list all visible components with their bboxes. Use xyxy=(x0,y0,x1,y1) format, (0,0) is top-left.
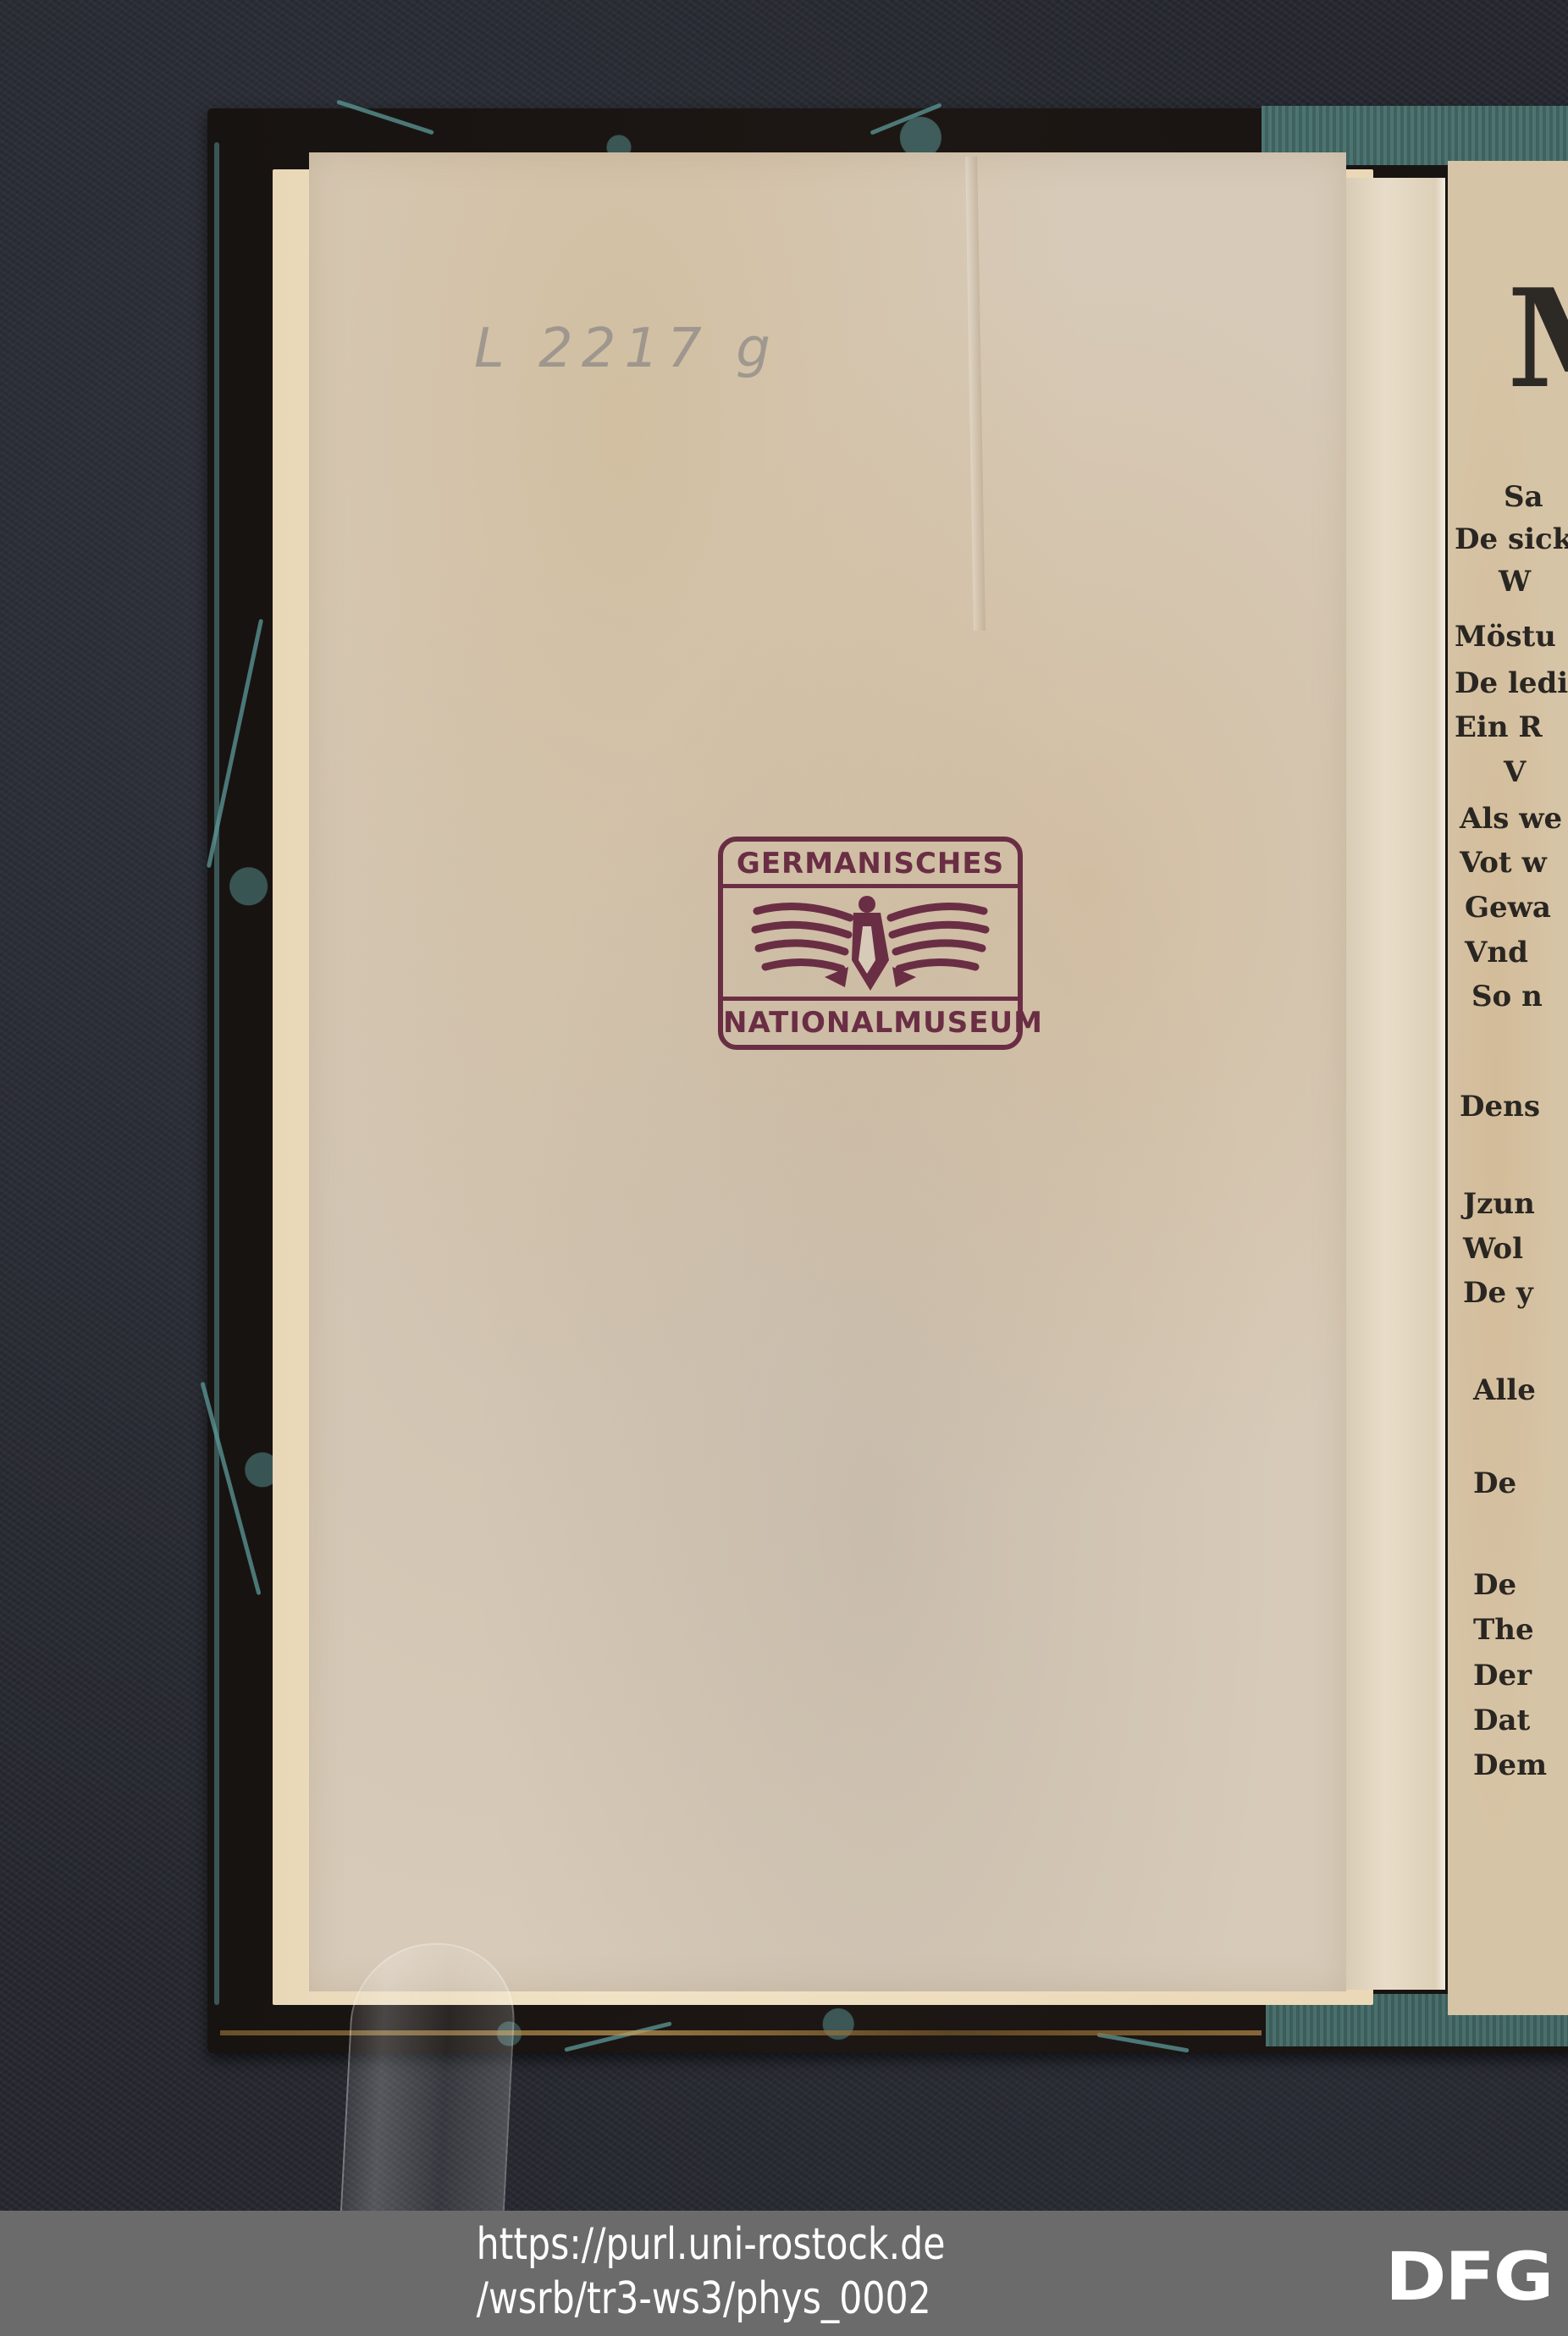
text-line: Vnd xyxy=(1465,938,1528,967)
marbling-vein xyxy=(214,142,219,2005)
pencil-shelfmark: L 2217 g xyxy=(474,318,779,380)
text-line: Jzun xyxy=(1463,1190,1535,1218)
text-line: Vot w xyxy=(1460,848,1547,877)
eagle-icon xyxy=(740,892,1001,994)
text-line: Der xyxy=(1473,1661,1532,1690)
marbling-vein xyxy=(1096,2032,1189,2052)
text-line: Möstu xyxy=(1455,622,1556,651)
text-line: Dens xyxy=(1460,1092,1540,1121)
text-line: Alle xyxy=(1473,1376,1536,1405)
marbling-vein xyxy=(200,1382,261,1595)
permalink-line-1: https://purl.uni-rostock.de xyxy=(477,2217,921,2272)
flyleaf-page xyxy=(309,152,1346,1991)
marbling-vein xyxy=(870,102,941,135)
decorated-initial: M xyxy=(1507,271,1568,406)
gutter-stub xyxy=(1346,178,1445,1990)
stamp-top-text: GERMANISCHES xyxy=(723,847,1018,881)
text-line: W xyxy=(1499,567,1531,596)
text-line: Dem xyxy=(1473,1751,1547,1780)
stamp-rule xyxy=(723,997,1018,1001)
ownership-stamp: GERMANISCHES NATIONALMUSEUM xyxy=(718,837,1023,1050)
text-line: Wol xyxy=(1463,1234,1523,1263)
text-line: Als we xyxy=(1460,804,1562,833)
text-line: De y xyxy=(1463,1278,1533,1307)
facing-text-page: M SaDe sick vWMöstuDe lediEin RVAls weVo… xyxy=(1448,161,1568,2015)
permalink-line-2: /wsrb/tr3-ws3/phys_0002 xyxy=(477,2272,921,2326)
text-line: De sick v xyxy=(1455,525,1568,554)
text-line: So n xyxy=(1471,982,1543,1011)
marbling-vein xyxy=(564,2021,671,2052)
stamp-rule xyxy=(723,884,1018,888)
clear-page-clip xyxy=(340,1943,519,2216)
text-line: Dat xyxy=(1473,1706,1530,1735)
text-line: Gewa xyxy=(1465,893,1551,922)
text-line: Ein R xyxy=(1455,713,1543,742)
permalink[interactable]: https://purl.uni-rostock.de /wsrb/tr3-ws… xyxy=(477,2217,921,2326)
text-line: Sa xyxy=(1504,483,1543,511)
text-line: The xyxy=(1473,1615,1534,1644)
text-line: De ledi xyxy=(1455,669,1568,698)
footer-bar: https://purl.uni-rostock.de /wsrb/tr3-ws… xyxy=(0,2211,1568,2336)
text-line: V xyxy=(1504,758,1526,787)
text-line: De xyxy=(1473,1469,1516,1498)
stamp-bottom-text: NATIONALMUSEUM xyxy=(723,1006,1018,1040)
text-line: De xyxy=(1473,1571,1516,1599)
dfg-logo: DFG xyxy=(1385,2245,1552,2311)
